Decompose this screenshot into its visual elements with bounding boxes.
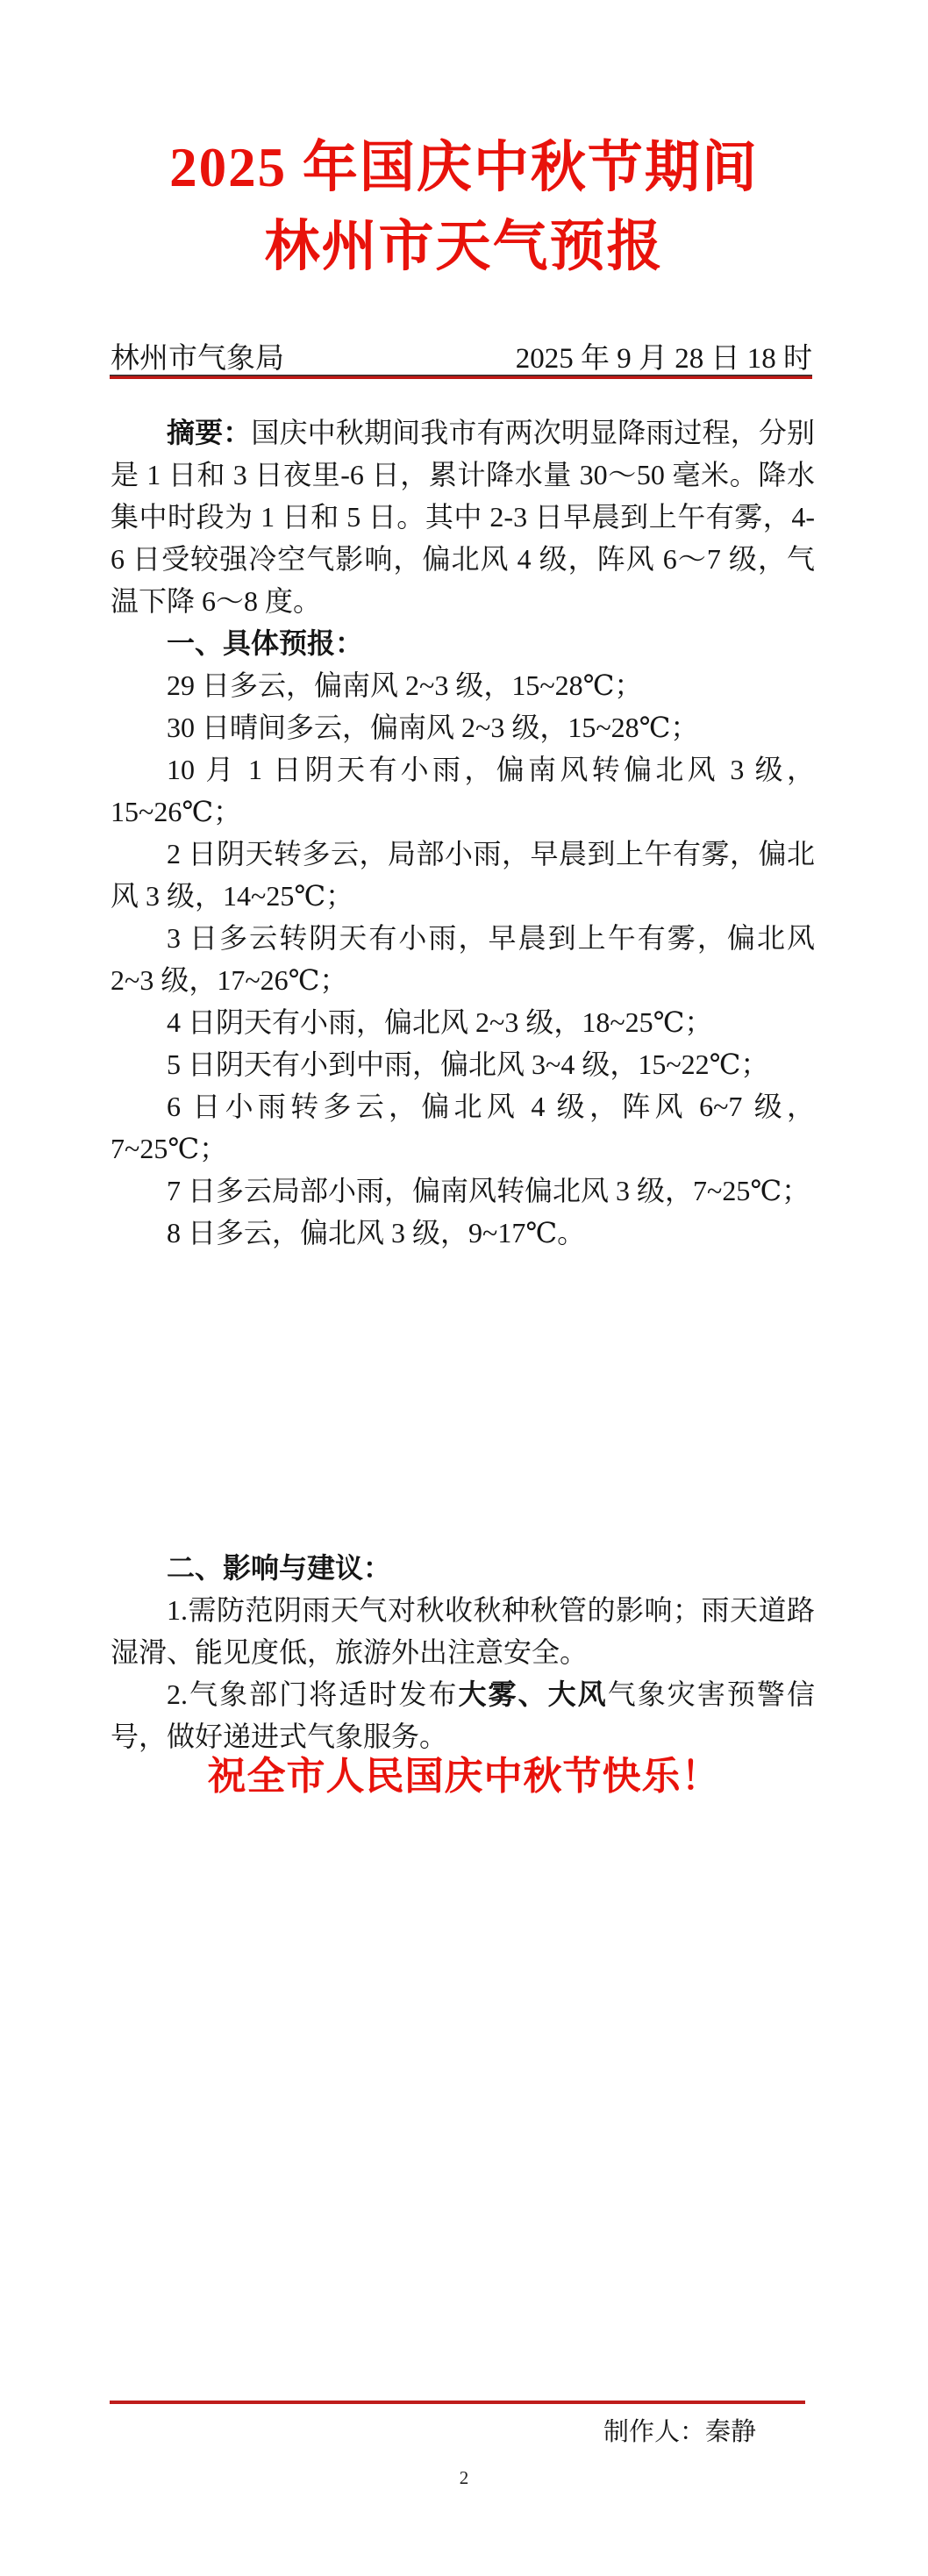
section2-heading: 二、影响与建议： <box>111 1547 815 1589</box>
document-header: 林州市气象局 2025 年 9 月 28 日 18 时 <box>111 342 812 376</box>
document-body: 摘要：国庆中秋期间我市有两次明显降雨过程，分别是 1 日和 3 日夜里-6 日，… <box>111 411 815 1757</box>
document-title: 2025 年国庆中秋节期间 林州市天气预报 <box>0 128 928 286</box>
agency-name: 林州市气象局 <box>111 342 284 376</box>
summary-label: 摘要： <box>167 417 251 448</box>
header-datetime: 2025 年 9 月 28 日 18 时 <box>516 342 812 376</box>
header-rule <box>110 375 812 379</box>
advice-p2-prefix: 2.气象部门将适时发布 <box>167 1678 458 1710</box>
footer-rule <box>110 2401 805 2404</box>
title-line-1: 2025 年国庆中秋节期间 <box>0 128 928 207</box>
forecast-item: 10 月 1 日阴天有小雨，偏南风转偏北风 3 级，15~26℃； <box>111 748 815 833</box>
wish-line: 祝全市人民国庆中秋节快乐！ <box>0 1753 928 1800</box>
document-page: 2025 年国庆中秋节期间 林州市天气预报 林州市气象局 2025 年 9 月 … <box>0 0 928 2576</box>
forecast-item: 3 日多云转阴天有小雨，早晨到上午有雾，偏北风 2~3 级，17~26℃； <box>111 917 815 1001</box>
section1-heading: 一、具体预报： <box>111 622 815 664</box>
forecast-list: 29 日多云，偏南风 2~3 级，15~28℃； 30 日晴间多云，偏南风 2~… <box>111 664 815 1254</box>
page-number: 2 <box>0 2467 928 2489</box>
forecast-item: 30 日晴间多云，偏南风 2~3 级，15~28℃； <box>111 706 815 748</box>
forecast-item: 4 日阴天有小雨，偏北风 2~3 级，18~25℃； <box>111 1001 815 1043</box>
forecast-item: 5 日阴天有小到中雨，偏北风 3~4 级，15~22℃； <box>111 1043 815 1085</box>
forecast-item: 8 日多云，偏北风 3 级，9~17℃。 <box>111 1212 815 1254</box>
advice-paragraph-1: 1.需防范阴雨天气对秋收秋种秋管的影响；雨天道路湿滑、能见度低，旅游外出注意安全… <box>111 1589 815 1673</box>
advice-p2-bold: 大雾、大风 <box>458 1678 607 1710</box>
advice-paragraph-2: 2.气象部门将适时发布大雾、大风气象灾害预警信号，做好递进式气象服务。 <box>111 1673 815 1757</box>
producer-credit: 制作人：秦静 <box>603 2415 756 2450</box>
forecast-item: 2 日阴天转多云，局部小雨，早晨到上午有雾，偏北风 3 级，14~25℃； <box>111 833 815 917</box>
title-line-2: 林州市天气预报 <box>0 207 928 286</box>
forecast-item: 29 日多云，偏南风 2~3 级，15~28℃； <box>111 664 815 706</box>
summary-paragraph: 摘要：国庆中秋期间我市有两次明显降雨过程，分别是 1 日和 3 日夜里-6 日，… <box>111 411 815 622</box>
section-gap <box>111 1254 815 1547</box>
forecast-item: 7 日多云局部小雨，偏南风转偏北风 3 级，7~25℃； <box>111 1170 815 1212</box>
forecast-item: 6 日小雨转多云，偏北风 4 级，阵风 6~7 级，7~25℃； <box>111 1085 815 1170</box>
